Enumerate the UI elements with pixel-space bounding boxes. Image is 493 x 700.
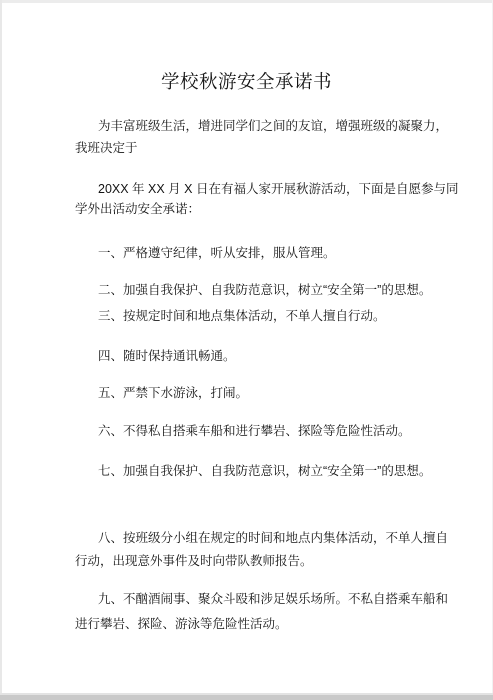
item-6-line-1: 六、不得私自搭乘车船和进行攀岩、探险等危险性活动。 xyxy=(75,421,458,441)
plan-line-1: 20XX 年 XX 月 X 日在有福人家开展秋游活动，下面是自愿参与同 xyxy=(75,179,458,199)
item-9-line-2: 进行攀岩、探险、游泳等危险性活动。 xyxy=(75,614,435,634)
intro-line-2: 我班决定于 xyxy=(75,138,435,158)
item-1-line-1: 一、严格遵守纪律，听从安排，服从管理。 xyxy=(75,243,458,263)
item-5-line-1: 五、严禁下水游泳，打闹。 xyxy=(75,383,458,403)
item-2-line-1: 二、加强自我保护、自我防范意识，树立“安全第一”的思想。 xyxy=(75,280,458,300)
intro-line-1: 为丰富班级生活，增进同学们之间的友谊，增强班级的凝聚力， xyxy=(75,116,458,136)
page-top-edge xyxy=(0,0,493,3)
item-3-line-1: 三、按规定时间和地点集体活动，不单人擅自行动。 xyxy=(75,306,458,326)
document-title: 学校秋游安全承诺书 xyxy=(0,71,493,95)
item-8-line-1: 八、按班级分小组在规定的时间和地点内集体活动，不单人擅自 xyxy=(75,528,458,548)
plan-line-2: 学外出活动安全承诺： xyxy=(75,199,435,219)
page-left-edge xyxy=(0,0,2,700)
document-page: 学校秋游安全承诺书 为丰富班级生活，增进同学们之间的友谊，增强班级的凝聚力， 我… xyxy=(0,0,493,700)
item-7-line-1: 七、加强自我保护、自我防范意识，树立“安全第一”的思想。 xyxy=(75,461,458,481)
item-8-line-2: 行动，出现意外事件及时向带队教师报告。 xyxy=(75,551,435,571)
page-bottom-shadow xyxy=(0,693,493,700)
item-9-line-1: 九、不酗酒闹事、聚众斗殴和涉足娱乐场所。不私自搭乘车船和 xyxy=(75,589,458,609)
item-4-line-1: 四、随时保持通讯畅通。 xyxy=(75,346,458,366)
